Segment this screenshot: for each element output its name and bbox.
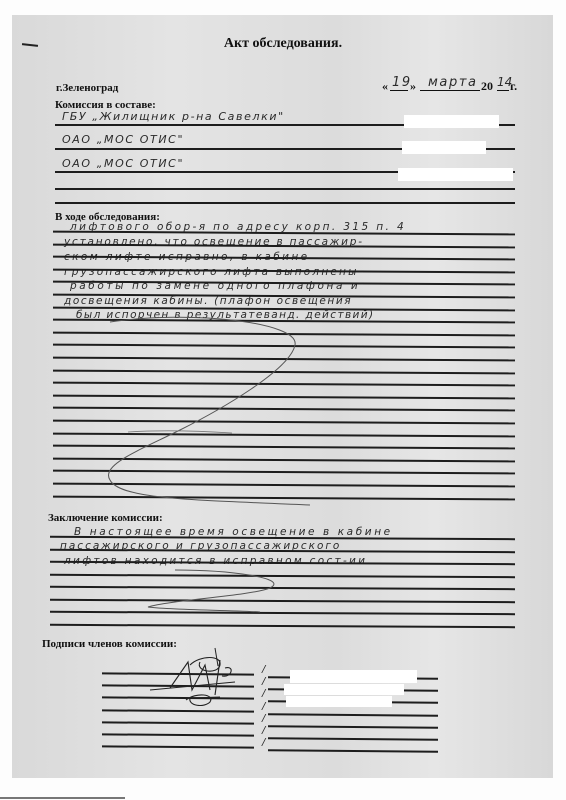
signature-separator: /: [262, 725, 267, 736]
document-title: Акт обследования.: [0, 36, 566, 52]
date-month: марта: [428, 75, 478, 90]
redacted-name: [286, 696, 392, 707]
signature-separator: /: [262, 737, 267, 748]
signature-separator: /: [262, 701, 267, 712]
signature-separator: /: [262, 688, 267, 699]
redacted-name: [404, 115, 499, 128]
commission-member-org: ГБУ „Жилищник р-на Савелки": [62, 110, 285, 123]
redacted-name: [290, 670, 417, 683]
signature-separator: /: [262, 664, 267, 675]
signatures-label: Подписи членов комиссии:: [42, 638, 177, 650]
signature-separator: /: [262, 676, 267, 687]
signature-separator: /: [262, 713, 267, 724]
commission-member-org: ОАО „МОС ОТИС": [62, 157, 184, 170]
redacted-name: [402, 141, 486, 154]
commission-member-org: ОАО „МОС ОТИС": [62, 133, 184, 146]
city-label: г.Зеленоград: [56, 82, 118, 94]
redacted-name: [284, 684, 404, 695]
page-edge-mark: [0, 797, 125, 799]
date-day: 19: [392, 75, 412, 90]
conclusion-label: Заключение комиссии:: [48, 512, 163, 524]
redacted-name: [398, 168, 513, 181]
